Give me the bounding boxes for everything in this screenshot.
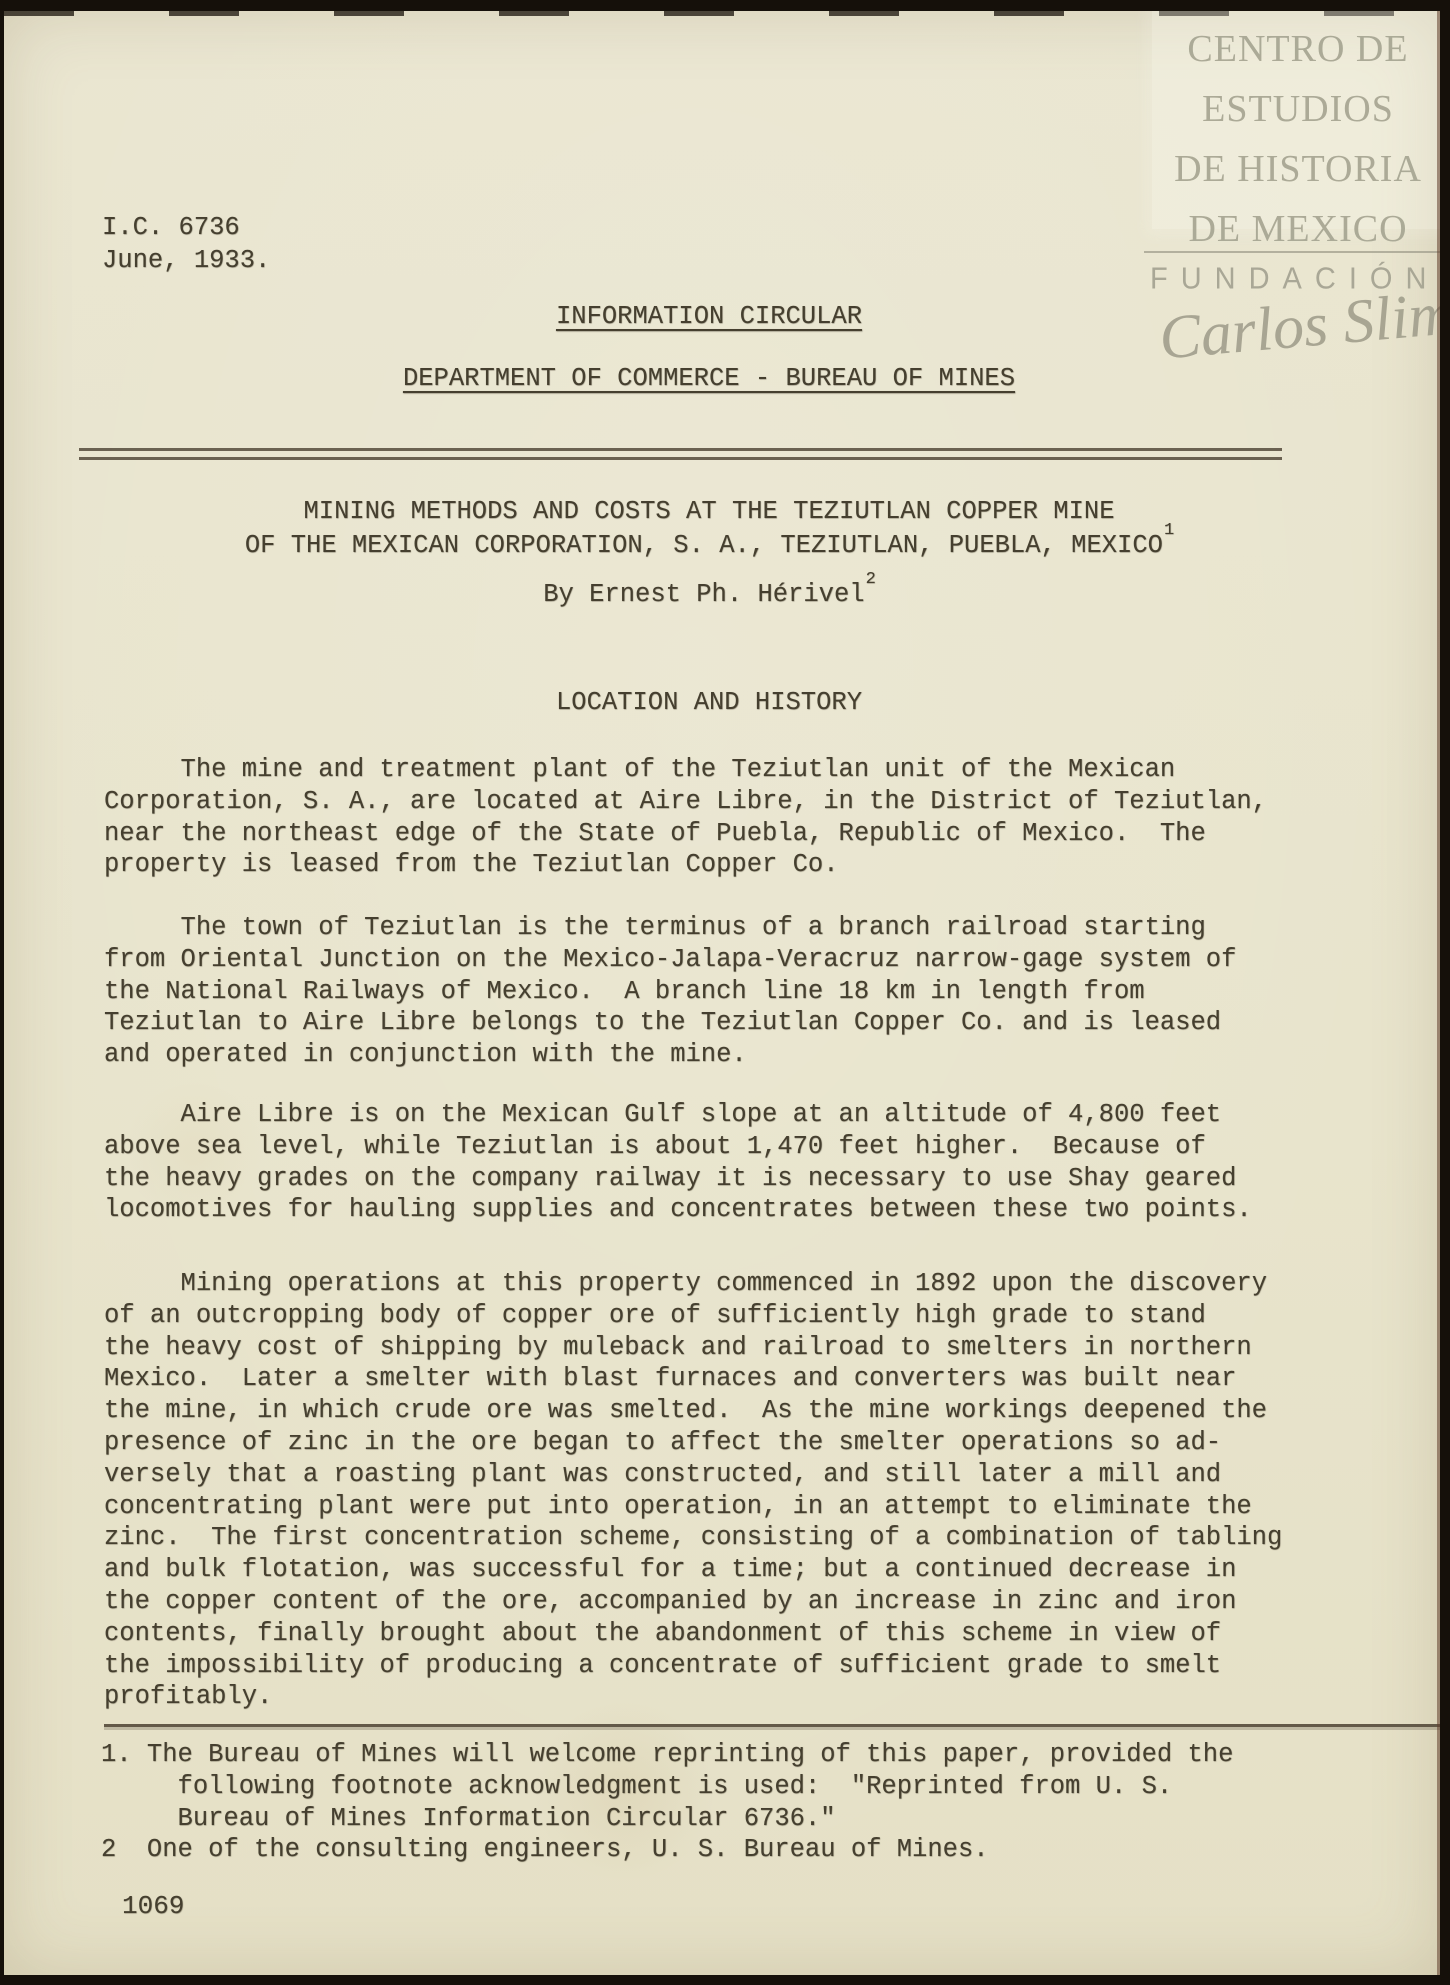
circular-id-block: I.C. 6736 June, 1933. bbox=[102, 211, 270, 277]
circular-number: I.C. 6736 bbox=[102, 211, 270, 244]
section-heading: LOCATION AND HISTORY bbox=[79, 687, 1339, 719]
document-title-line1: MINING METHODS AND COSTS AT THE TEZIUTLA… bbox=[79, 495, 1339, 529]
document-title-line2-text: OF THE MEXICAN CORPORATION, S. A., TEZIU… bbox=[245, 531, 1163, 560]
footnote-ref-2: 2 bbox=[866, 570, 876, 589]
paragraph-2: The town of Teziutlan is the terminus of… bbox=[104, 912, 1354, 1071]
watermark-divider bbox=[1144, 251, 1440, 253]
page-number: 1069 bbox=[122, 1891, 184, 1923]
double-rule bbox=[79, 448, 1282, 460]
paragraph-3: Aire Libre is on the Mexican Gulf slope … bbox=[104, 1099, 1354, 1226]
watermark-organization: CENTRO DE ESTUDIOS DE HISTORIA DE MEXICO bbox=[1154, 19, 1440, 259]
byline-text: By Ernest Ph. Hérivel bbox=[543, 580, 864, 609]
scan-right-edge bbox=[1437, 11, 1440, 1975]
footnote-ref-1: 1 bbox=[1164, 521, 1174, 540]
issue-date: June, 1933. bbox=[102, 244, 270, 277]
document-title-line2: OF THE MEXICAN CORPORATION, S. A., TEZIU… bbox=[79, 529, 1339, 563]
scanned-document-page: CENTRO DE ESTUDIOS DE HISTORIA DE MEXICO… bbox=[0, 0, 1450, 1985]
paragraph-4: Mining operations at this property comme… bbox=[104, 1268, 1374, 1713]
footnote-item-1: 1. The Bureau of Mines will welcome repr… bbox=[101, 1739, 1381, 1834]
department-heading-text: DEPARTMENT OF COMMERCE - BUREAU OF MINES bbox=[403, 364, 1015, 393]
department-heading: DEPARTMENT OF COMMERCE - BUREAU OF MINES bbox=[79, 363, 1339, 395]
watermark-org-line: DE HISTORIA bbox=[1154, 139, 1440, 199]
watermark-org-line: CENTRO DE bbox=[1154, 19, 1440, 79]
series-heading-text: INFORMATION CIRCULAR bbox=[556, 302, 862, 331]
byline: By Ernest Ph. Hérivel2 bbox=[79, 579, 1339, 611]
paragraph-1: The mine and treatment plant of the Tezi… bbox=[104, 754, 1354, 881]
watermark-org-line: DE MEXICO bbox=[1154, 199, 1440, 259]
paper: CENTRO DE ESTUDIOS DE HISTORIA DE MEXICO… bbox=[4, 11, 1440, 1975]
footnote-item-2: 2 One of the consulting engineers, U. S.… bbox=[101, 1834, 1381, 1866]
footnote-separator bbox=[104, 1724, 1440, 1727]
document-title: MINING METHODS AND COSTS AT THE TEZIUTLA… bbox=[79, 495, 1339, 563]
series-heading: INFORMATION CIRCULAR bbox=[79, 301, 1339, 333]
watermark-org-line: ESTUDIOS bbox=[1154, 79, 1440, 139]
